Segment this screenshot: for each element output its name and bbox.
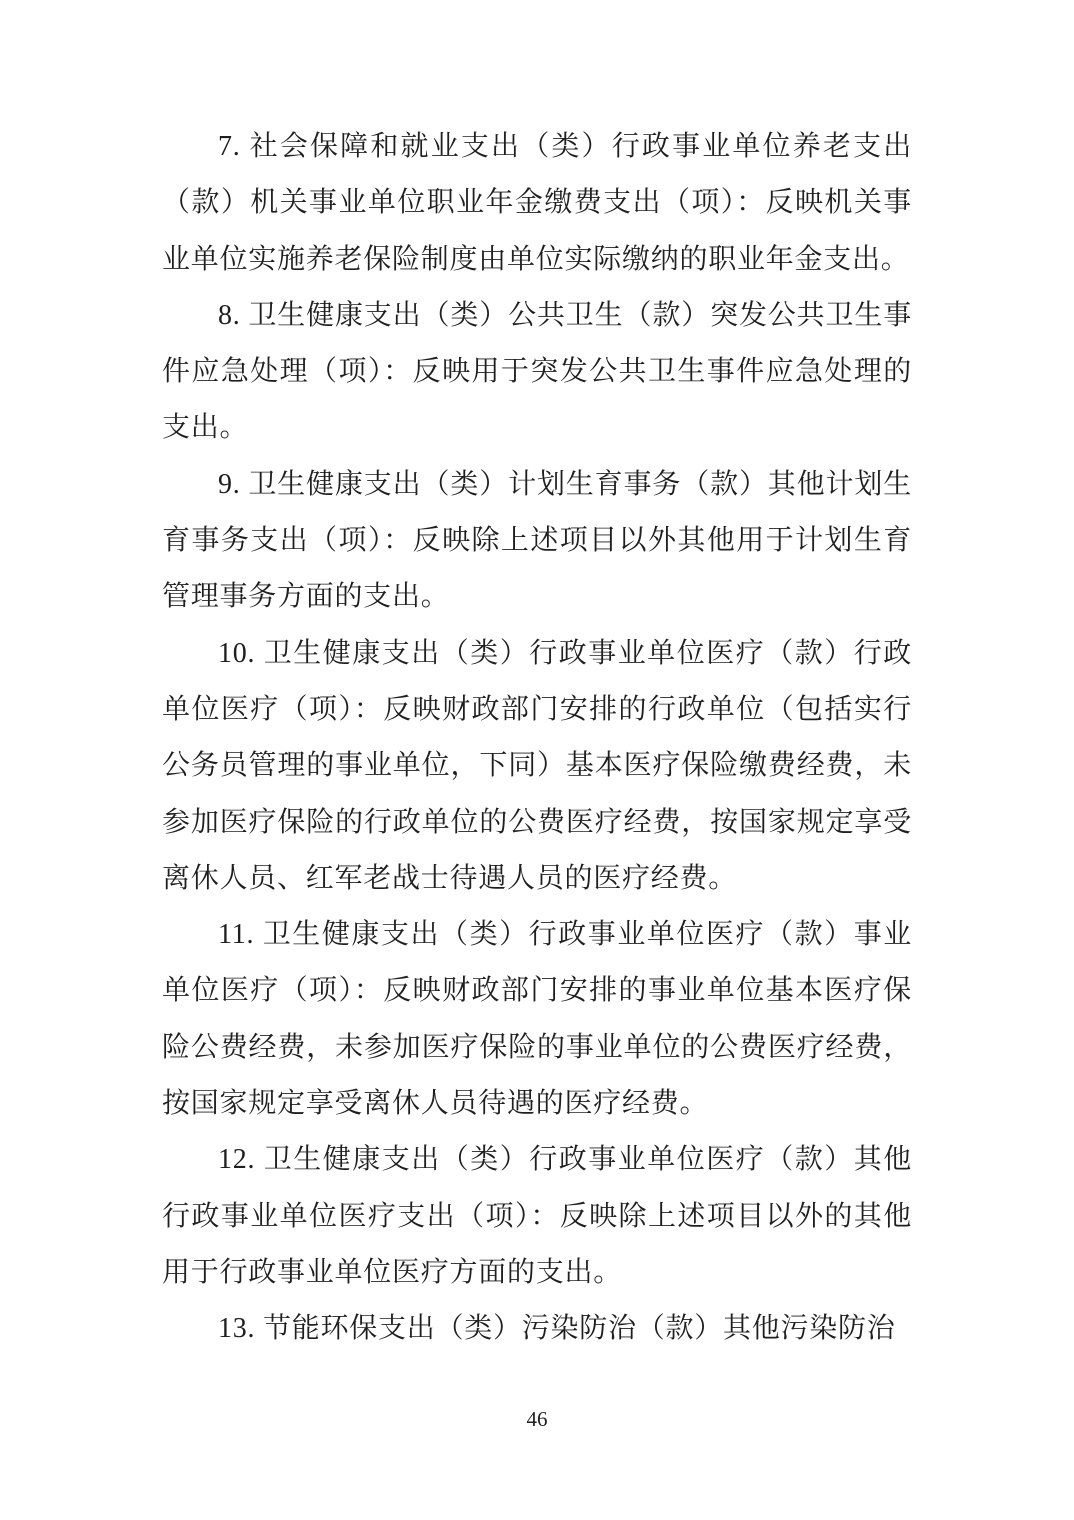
paragraph: 7. 社会保障和就业支出（类）行政事业单位养老支出（款）机关事业单位职业年金缴费… bbox=[162, 119, 912, 288]
paragraph: 12. 卫生健康支出（类）行政事业单位医疗（款）其他行政事业单位医疗支出（项）：… bbox=[162, 1132, 912, 1301]
paragraph: 8. 卫生健康支出（类）公共卫生（款）突发公共卫生事件应急处理（项）：反映用于突… bbox=[162, 288, 912, 457]
page-number: 46 bbox=[0, 1407, 1074, 1431]
body-text: 7. 社会保障和就业支出（类）行政事业单位养老支出（款）机关事业单位职业年金缴费… bbox=[162, 119, 912, 1358]
document-page: 7. 社会保障和就业支出（类）行政事业单位养老支出（款）机关事业单位职业年金缴费… bbox=[0, 0, 1074, 1520]
paragraph: 11. 卫生健康支出（类）行政事业单位医疗（款）事业单位医疗（项）：反映财政部门… bbox=[162, 907, 912, 1132]
paragraph: 13. 节能环保支出（类）污染防治（款）其他污染防治 bbox=[162, 1301, 912, 1357]
paragraph: 10. 卫生健康支出（类）行政事业单位医疗（款）行政单位医疗（项）：反映财政部门… bbox=[162, 626, 912, 907]
paragraph: 9. 卫生健康支出（类）计划生育事务（款）其他计划生育事务支出（项）：反映除上述… bbox=[162, 457, 912, 626]
